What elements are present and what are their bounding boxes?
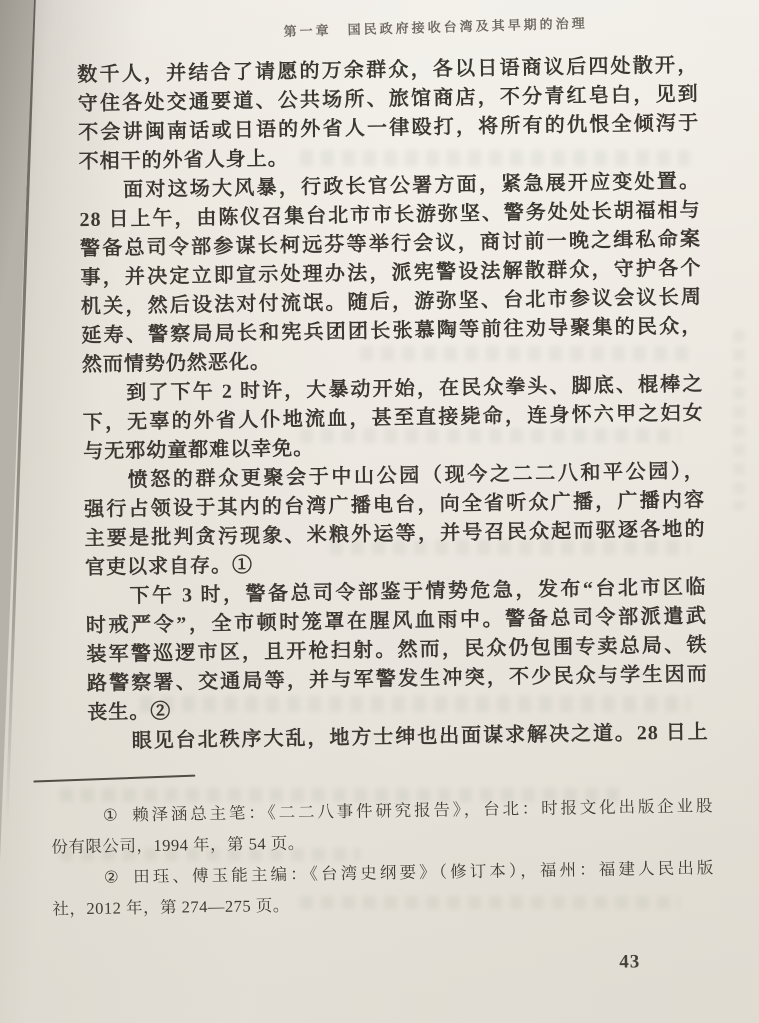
footnotes: ① 赖泽涵总主笔：《二二八事件研究报告》，台北：时报文化出版企业股 份有限公司，… <box>51 790 715 924</box>
photo-background: 第一章 国民政府接收台湾及其早期的治理 数千人，并结合了请愿的万余群众，各以日语… <box>0 0 759 1023</box>
footnote: ① 赖泽涵总主笔：《二二八事件研究报告》，台北：时报文化出版企业股 份有限公司，… <box>51 790 714 862</box>
paragraph: 面对这场大风暴，行政长官公署方面，紧急展开应变处置。 28 日上午，由陈仪召集台… <box>79 167 703 380</box>
paragraph: 下午 3 时，警备总司令部鉴于情势危急，发布“台北市区临 时戒严令”，全市顿时笼… <box>85 573 708 728</box>
running-header: 第一章 国民政府接收台湾及其早期的治理 <box>283 11 643 40</box>
chapter-title: 国民政府接收台湾及其早期的治理 <box>347 13 587 39</box>
paragraph: 愤怒的群众更聚会于中山公园（现今之二二八和平公园）， 强行占领设于其内的台湾广播… <box>83 457 706 583</box>
footnote: ② 田珏、傅玉能主编：《台湾史纲要》（修订本），福州：福建人民出版 社，2012… <box>52 852 715 924</box>
paragraph: 到了下午 2 时许，大暴动开始，在民众拳头、脚底、棍棒之 下，无辜的外省人仆地流… <box>82 370 704 467</box>
paragraph: 数千人，并结合了请愿的万余群众，各以日语商议后四处散开， 守住各处交通要道、公共… <box>77 51 700 177</box>
footnote-marker: ② <box>104 862 120 893</box>
body-text: 数千人，并结合了请愿的万余群众，各以日语商议后四处散开， 守住各处交通要道、公共… <box>77 51 709 757</box>
page-content: 第一章 国民政府接收台湾及其早期的治理 数千人，并结合了请愿的万余群众，各以日语… <box>0 0 759 1023</box>
page-number: 43 <box>619 951 640 973</box>
footnote-divider <box>33 775 195 783</box>
chapter-number: 第一章 <box>283 20 332 40</box>
book-page: 第一章 国民政府接收台湾及其早期的治理 数千人，并结合了请愿的万余群众，各以日语… <box>0 0 759 1023</box>
footnote-marker: ① <box>103 800 119 831</box>
